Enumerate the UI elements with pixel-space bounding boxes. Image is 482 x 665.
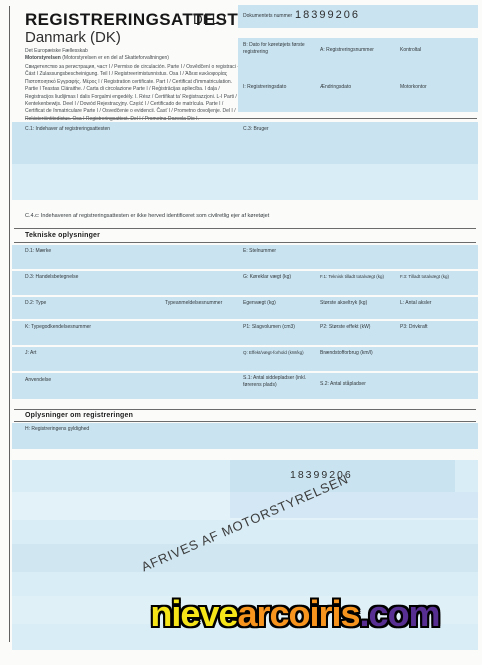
registration-data-box: B: Dato for køretøjets første registreri… [238, 38, 478, 112]
field-c3-label: C.3: Bruger [243, 126, 269, 133]
authority-note: (Motorstyrelsen er en del af Skatteforva… [61, 55, 169, 61]
authority-name: Motorstyrelsen [25, 55, 61, 61]
watermark-part-3: .com [360, 593, 440, 634]
divider [14, 228, 476, 229]
field-g-label: G: Køreklar vægt (kg) [243, 274, 291, 281]
field-q-label: Q: Effekt/vægt-forhold (kW/kg) [243, 350, 304, 357]
field-akseltryk-label: Største akseltryk (kg) [320, 300, 367, 307]
field-d3-label: D.3: Handelsbetegnelse [25, 274, 78, 281]
field-j-label: J: Art [25, 350, 36, 357]
document-number-label: Dokumentets nummer [243, 13, 292, 20]
field-b-label: B: Dato for køretøjets første registreri… [243, 42, 318, 55]
field-f1-label: F.1: Teknisk tilladt totalvægt (kg) [320, 274, 384, 281]
divider [14, 421, 476, 422]
watermark: nievearcoiris.com [110, 593, 480, 635]
field-s2-label: S.2: Antal ståpladser [320, 381, 366, 388]
field-d2-label: D.2: Type [25, 300, 46, 307]
field-p2-label: P2: Største effekt (kW) [320, 324, 370, 331]
document-number-box: Dokumentets nummer 18399206 [238, 5, 478, 28]
field-d1-label: D.1: Mærke [25, 248, 51, 255]
field-s1-label: S.1: Antal siddepladser (inkl. førerens … [243, 375, 313, 388]
divider [25, 118, 477, 119]
field-c1-label: C.1: Indehaver af registreringsattesten [25, 126, 110, 133]
registration-certificate-page: REGISTRERINGSATTEST DEL I Danmark (DK) D… [0, 0, 482, 665]
country-label: Danmark (DK) [25, 29, 121, 46]
holder-band-light [12, 164, 478, 200]
field-e-label: E: Stelnummer [243, 248, 276, 255]
field-anvendelse-label: Anvendelse [25, 377, 51, 384]
technical-section-title: Tekniske oplysninger [25, 232, 100, 239]
registration-section-title: Oplysninger om registreringen [25, 412, 133, 419]
field-egenvaegt-label: Egenvægt (kg) [243, 300, 276, 307]
divider [14, 409, 476, 410]
field-l-label: L: Antal aksler [400, 300, 431, 307]
scan-stripe [12, 544, 478, 572]
field-typeanmeldelse-label: Typeanmeldelsesnummer [165, 300, 222, 307]
field-h-label: H: Registreringens gyldighed [25, 426, 89, 433]
divider [14, 242, 476, 243]
field-motorkontor-label: Motorkontor [400, 84, 427, 91]
document-number-value: 18399206 [295, 9, 360, 21]
field-kontroltal-label: Kontroltal [400, 47, 421, 54]
authority-line: Motorstyrelsen (Motorstyrelsen er en del… [25, 55, 169, 62]
field-p3-label: P3: Drivkraft [400, 324, 428, 331]
field-p1-label: P1: Slagvolumen (cm3) [243, 324, 295, 331]
field-k-label: K: Typegodkendelsesnummer [25, 324, 91, 331]
field-i-label: I: Registreringsdato [243, 84, 286, 91]
watermark-part-1: nieve [150, 593, 237, 634]
field-f3-label: F.3: Tilladt totalvægt (kg) [400, 274, 449, 281]
multilingual-text: Свидетелство за регистрация, част I / Pe… [25, 64, 243, 123]
part-label: DEL I [193, 12, 226, 27]
scan-edge-line [9, 6, 10, 642]
field-a-label: A: Registreringsnummer [320, 47, 374, 54]
watermark-part-2: arcoiris [237, 593, 359, 634]
field-braendstof-label: Brændstofforbrug (km/l) [320, 350, 373, 357]
field-aendringsdato-label: Ændringsdato [320, 84, 351, 91]
field-c4c-label: C.4.c: Indehaveren af registreringsattes… [25, 213, 269, 220]
